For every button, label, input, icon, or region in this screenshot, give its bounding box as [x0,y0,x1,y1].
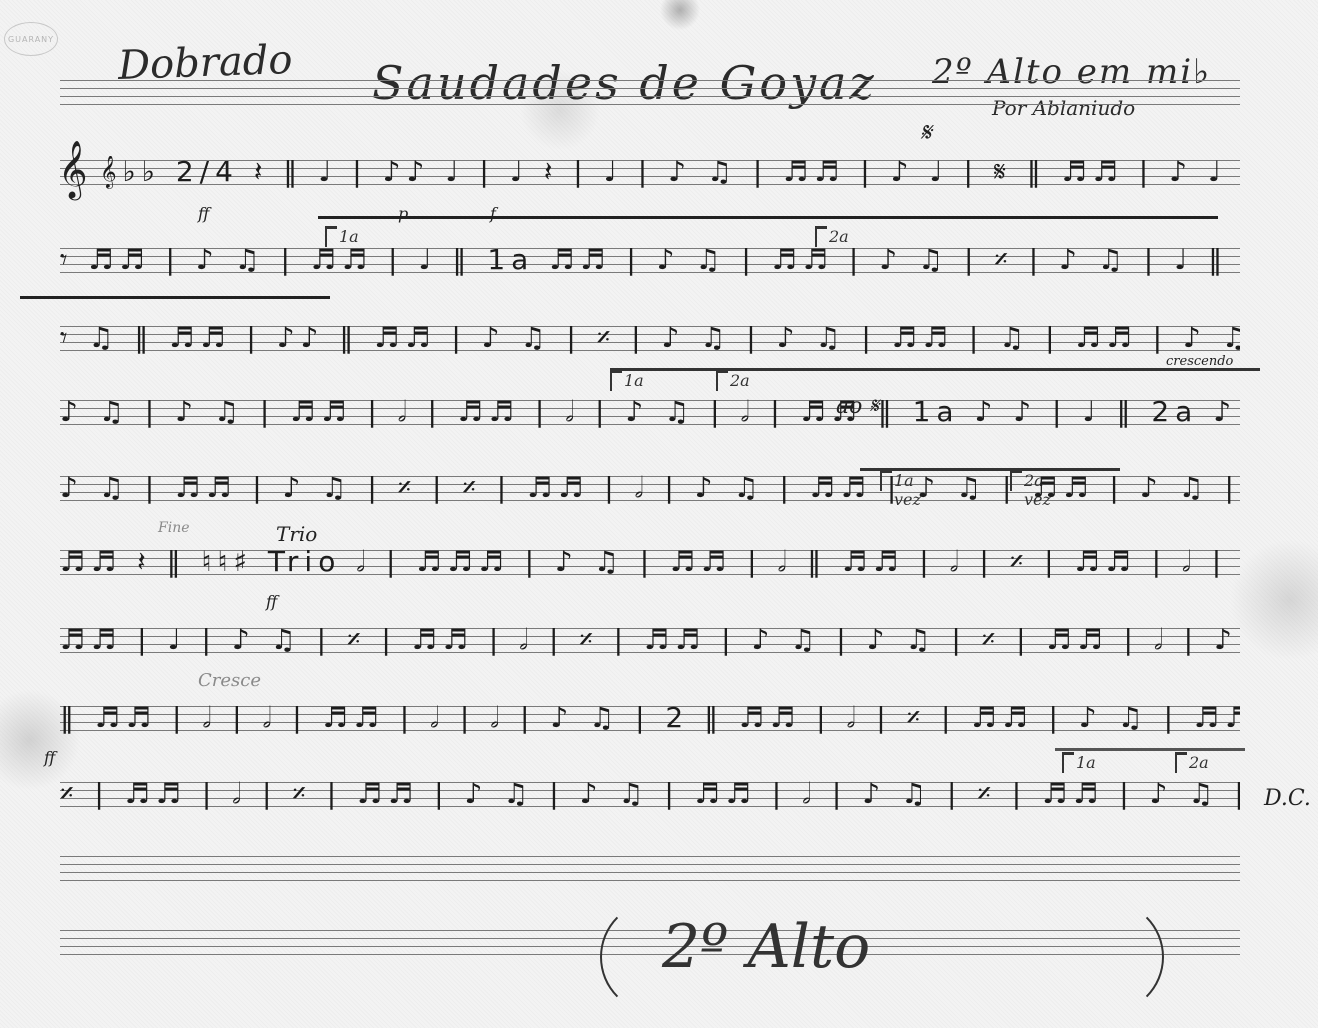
library-stamp: GUARANY [4,22,58,56]
volta-bracket-line-9 [1055,748,1245,751]
section-line [20,296,330,299]
staff-6-notes: ♬♬ 𝄽 ‖ ♮♮♯ Trio 𝅗𝅥 | ♬♬♬ | ♪ ♫ | ♬♬ | 𝅗𝅥… [60,546,1240,616]
crescendo-pencil-marking: Cresce [198,670,261,691]
staff-9-notes: 𝄎 | ♬♬ | 𝅗𝅥 | 𝄎 | ♬♬ | ♪ ♫ | ♪ ♫ | ♬♬ | … [60,778,1240,848]
volta-2-bracket-s4: 2a [716,370,728,391]
volta-1-bracket-s9: 1a [1062,752,1074,773]
dynamic-ff-trio: ff [266,592,277,611]
crescendo-marking: crescendo [1166,354,1233,369]
volta-2-bracket-s9: 2a [1175,752,1187,773]
staff-5-notes: ♪ ♫ | ♬♬ | ♪ ♫ | 𝄎 | 𝄎 | ♬♬ | 𝅗𝅥 | ♪ ♫ |… [60,472,1240,542]
staff-10 [60,856,1240,888]
dynamic-ff-s8: ff [44,748,55,767]
dynamic-p: p [398,204,408,223]
staff-4-notes: ♪ ♫ | ♪ ♫ | ♬♬ | 𝅗𝅥 | ♬♬ | 𝅗𝅥 | ♪ ♫ | 𝅗𝅥… [60,396,1240,466]
da-capo-marking: D.C. [1264,786,1311,811]
volta-1-bracket-s4: 1a [610,370,622,391]
fine-marking: Fine [158,520,190,536]
segno-icon: 𝄋 [920,118,931,149]
staff-3-notes: 𝄾 ♫ ‖ ♬♬ | ♪♪ ‖ ♬♬ | ♪ ♫ | 𝄎 | ♪ ♫ | ♪ ♫… [60,322,1240,392]
header-staff [60,80,1240,112]
volta-bracket-line-1 [318,216,1218,219]
volta-bracket-line-3 [610,368,1260,371]
signature-flourish: 2º Alto [600,900,1164,1014]
signature-text: 2º Alto [662,912,870,982]
trio-marking: Trio [276,522,317,546]
staff-2-notes: 𝄾 ♬♬ | ♪ ♫ | ♬♬ | ♩ ‖ 1a ♬♬ | ♪ ♫ | ♬♬ |… [60,244,1240,314]
manuscript-page: GUARANY Dobrado Saudades de Goyaz 2º Alt… [0,0,1318,1028]
dynamic-ff: ff [198,204,209,223]
dynamic-f: f [490,204,496,223]
treble-clef-icon: 𝄞 [58,140,88,199]
ao-segno-marking: ao 𝄋 [836,394,879,419]
